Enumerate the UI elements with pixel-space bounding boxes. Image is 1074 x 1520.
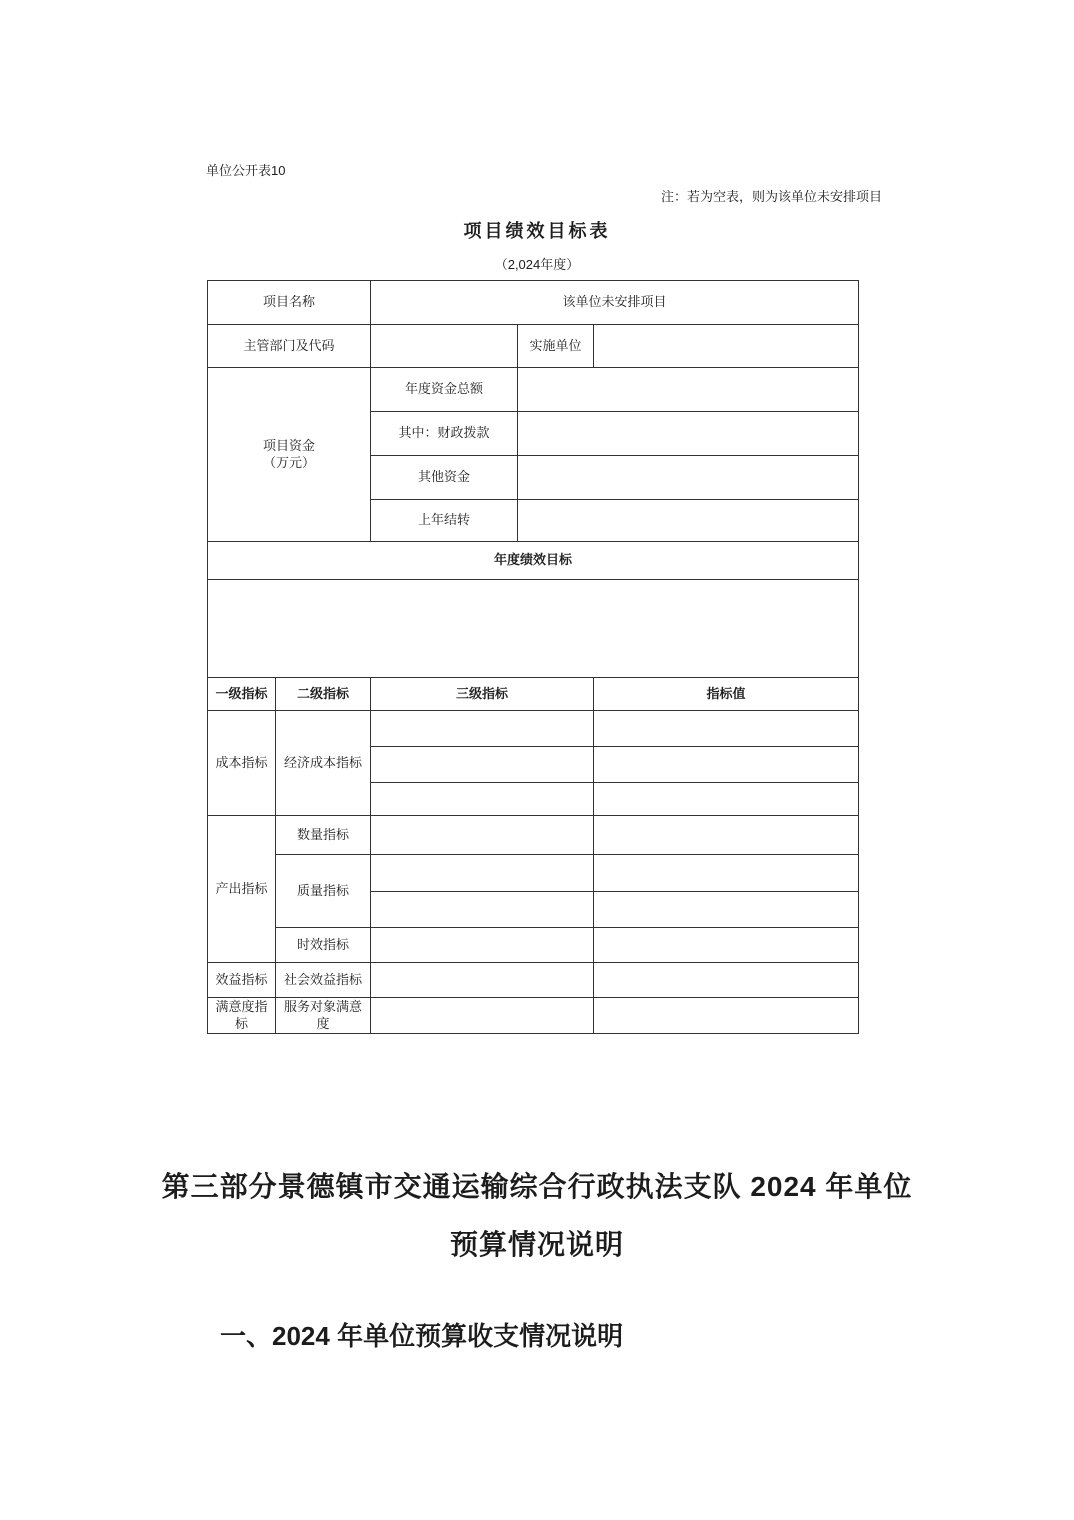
part3-heading-line2: 预算情况说明 [0, 1216, 1074, 1274]
cell-funds-carryover-label: 上年结转 [371, 500, 518, 542]
cell-project-name-label: 项目名称 [208, 281, 371, 325]
cell-satisfaction-level2: 服务对象满意度 [276, 998, 371, 1034]
cell-benefit-value [594, 963, 859, 998]
cell-output-quality-1-level3 [371, 855, 594, 892]
cell-project-name-value: 该单位未安排项目 [371, 281, 859, 325]
cell-header-level2: 二级指标 [276, 678, 371, 711]
cell-dept-label: 主管部门及代码 [208, 325, 371, 368]
cell-header-value: 指标值 [594, 678, 859, 711]
cell-annual-goal-value [208, 580, 859, 678]
cell-output-quantity-value [594, 816, 859, 855]
cell-output-quality-2-level3 [371, 892, 594, 928]
row-output-timeliness: 时效指标 [208, 928, 859, 963]
cell-output-quality-2-value [594, 892, 859, 928]
cell-satisfaction-value [594, 998, 859, 1034]
cell-satisfaction-level3 [371, 998, 594, 1034]
row-benefit: 效益指标 社会效益指标 [208, 963, 859, 998]
cell-output-level1: 产出指标 [208, 816, 276, 963]
cell-header-level1: 一级指标 [208, 678, 276, 711]
funds-label-line1: 项目资金 [210, 438, 368, 454]
row-annual-goal-header: 年度绩效目标 [208, 542, 859, 580]
section1-heading: 一、2024 年单位预算收支情况说明 [220, 1316, 623, 1353]
cell-output-quantity-level3 [371, 816, 594, 855]
funds-label-line2: （万元） [210, 455, 368, 471]
cell-output-quality-label: 质量指标 [276, 855, 371, 928]
cell-funds-carryover-value [518, 500, 859, 542]
cell-cost-1-value [594, 711, 859, 747]
cell-annual-goal-header: 年度绩效目标 [208, 542, 859, 580]
row-indicator-headers: 一级指标 二级指标 三级指标 指标值 [208, 678, 859, 711]
cell-funds-fiscal-value [518, 412, 859, 456]
row-annual-goal-value [208, 580, 859, 678]
cell-funds-other-label: 其他资金 [371, 456, 518, 500]
cell-cost-2-value [594, 747, 859, 783]
cell-header-level3: 三级指标 [371, 678, 594, 711]
form-number-label: 单位公开表10 [206, 160, 285, 179]
cell-funds-fiscal-label: 其中：财政拨款 [371, 412, 518, 456]
cell-funds-total-label: 年度资金总额 [371, 368, 518, 412]
cell-cost-3-level3 [371, 783, 594, 816]
cell-dept-value [371, 325, 518, 368]
part3-heading: 第三部分景德镇市交通运输综合行政执法支队 2024 年单位 预算情况说明 [0, 1158, 1074, 1274]
part3-heading-line1: 第三部分景德镇市交通运输综合行政执法支队 2024 年单位 [0, 1158, 1074, 1216]
cell-output-quantity-label: 数量指标 [276, 816, 371, 855]
cell-benefit-level2: 社会效益指标 [276, 963, 371, 998]
cell-output-timeliness-label: 时效指标 [276, 928, 371, 963]
cell-output-timeliness-value [594, 928, 859, 963]
cell-satisfaction-level1: 满意度指标 [208, 998, 276, 1034]
cell-cost-level1: 成本指标 [208, 711, 276, 816]
cell-benefit-level1: 效益指标 [208, 963, 276, 998]
cell-impl-unit-value [594, 325, 859, 368]
cell-output-quality-1-value [594, 855, 859, 892]
cell-benefit-level3 [371, 963, 594, 998]
cell-output-timeliness-level3 [371, 928, 594, 963]
row-output-quality-1: 质量指标 [208, 855, 859, 892]
cell-cost-2-level3 [371, 747, 594, 783]
empty-table-note: 注：若为空表，则为该单位未安排项目 [661, 186, 882, 205]
row-department: 主管部门及代码 实施单位 [208, 325, 859, 368]
cell-funds-label: 项目资金 （万元） [208, 368, 371, 542]
cell-funds-total-value [518, 368, 859, 412]
row-project-name: 项目名称 该单位未安排项目 [208, 281, 859, 325]
cell-cost-1-level3 [371, 711, 594, 747]
row-funds-total: 项目资金 （万元） 年度资金总额 [208, 368, 859, 412]
cell-cost-3-value [594, 783, 859, 816]
row-cost-1: 成本指标 经济成本指标 [208, 711, 859, 747]
row-output-quantity: 产出指标 数量指标 [208, 816, 859, 855]
performance-goal-table: 项目名称 该单位未安排项目 主管部门及代码 实施单位 项目资金 （万元） 年度资… [207, 280, 859, 1034]
cell-cost-level2: 经济成本指标 [276, 711, 371, 816]
cell-impl-unit-label: 实施单位 [518, 325, 594, 368]
table-title: 项目绩效目标表 [0, 217, 1074, 243]
row-satisfaction: 满意度指标 服务对象满意度 [208, 998, 859, 1034]
cell-funds-other-value [518, 456, 859, 500]
table-subtitle-year: （2,024年度） [0, 254, 1074, 273]
